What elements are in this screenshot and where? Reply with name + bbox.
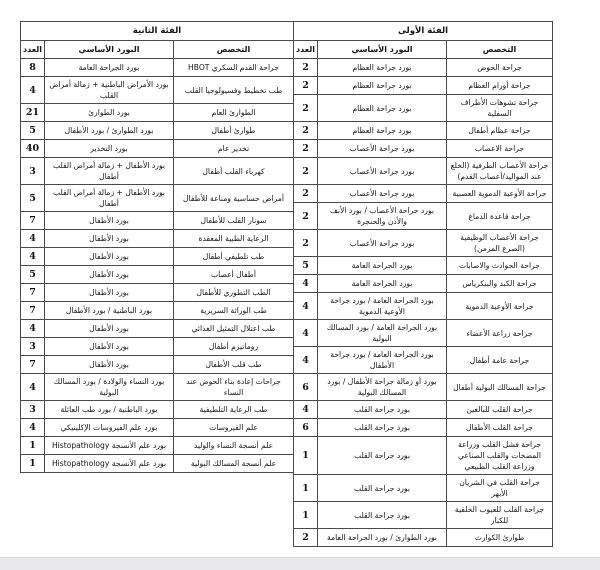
board-cell: بورد جراحة الأعصاب <box>318 140 447 158</box>
board-cell: بورد الأطفال <box>45 266 174 284</box>
table-row: جراحة الحوضبورد جراحة العظام2 <box>294 59 553 77</box>
board-cell: بورد التخدير <box>45 140 174 158</box>
count-cell: 1 <box>294 502 318 529</box>
count-cell: 7 <box>21 284 45 302</box>
count-cell: 2 <box>294 203 318 230</box>
table-row: طب قلب الأطفالبورد الأطفال7 <box>21 356 294 374</box>
board-cell: بورد الأطفال <box>45 248 174 266</box>
specialty-cell: جراحة الأعصاب الطرفية (الخلع عند الموالي… <box>447 158 553 185</box>
column-header-specialty: التخصص <box>174 41 294 59</box>
count-cell: 4 <box>294 347 318 374</box>
count-cell: 3 <box>21 401 45 419</box>
specialty-cell: كهرباء القلب أطفال <box>174 158 294 185</box>
count-cell: 2 <box>294 77 318 95</box>
count-cell: 7 <box>21 356 45 374</box>
table-row: جراحة فشل القلب وزراعة المضخات والقلب ال… <box>294 437 553 475</box>
board-cell: بورد الطوارئ / بورد الجراحة العامة <box>318 529 447 547</box>
count-cell: 4 <box>21 320 45 338</box>
board-cell: بورد جراحة العظام <box>318 95 447 122</box>
taskbar-strip <box>0 557 600 570</box>
specialty-cell: جراحة عظام أطفال <box>447 122 553 140</box>
specialty-cell: الطب التطوري للأطفال <box>174 284 294 302</box>
table-row: طب تلطيفي أطفالبورد الأطفال4 <box>21 248 294 266</box>
specialty-cell: جراحة تشوهات الأطراف السفلية <box>447 95 553 122</box>
table-row: جراحة قاعدة الدماغبورد جراحة الأعصاب / ب… <box>294 203 553 230</box>
board-cell: بورد الأطفال + زمالة أمراض القلب أطفال <box>45 158 174 185</box>
table-row: جراحة أورام العظامبورد جراحة العظام2 <box>294 77 553 95</box>
count-cell: 1 <box>21 437 45 455</box>
specialty-cell: جراحة الاعصاب <box>447 140 553 158</box>
specialty-cell: تخدير عام <box>174 140 294 158</box>
specialty-cell: طوارئ الكوارث <box>447 529 553 547</box>
table-row: علم أنسجة المسالك البوليةبورد علم الأنسج… <box>21 455 294 473</box>
board-cell: بورد جراحة الأعصاب <box>318 185 447 203</box>
count-cell: 6 <box>294 419 318 437</box>
count-cell: 1 <box>294 475 318 502</box>
specialty-cell: جراحة أورام العظام <box>447 77 553 95</box>
specialty-cell: جراحة الكبد والبنكرياس <box>447 275 553 293</box>
document-page: الفئة الثانية التخصص البورد الأساسي العد… <box>0 0 600 570</box>
table-row: جراحة زراعة الأعضاءبورد الجراحة العامة /… <box>294 320 553 347</box>
table-row: جراحة الكبد والبنكرياسبورد الجراحة العام… <box>294 275 553 293</box>
group-header-row: الفئة الأولى <box>294 22 553 41</box>
table-row: علم أنسجة النساء والوليدبورد علم الأنسجة… <box>21 437 294 455</box>
specialty-cell: سونار القلب للأطفال <box>174 212 294 230</box>
specialty-cell: طب تلطيفي أطفال <box>174 248 294 266</box>
count-cell: 4 <box>21 230 45 248</box>
specialty-cell: علم أنسجة المسالك البولية <box>174 455 294 473</box>
count-cell: 6 <box>294 374 318 401</box>
specialty-cell: طب قلب الأطفال <box>174 356 294 374</box>
count-cell: 2 <box>294 185 318 203</box>
specialty-cell: طب تخطيط وفسيولوجيا القلب <box>174 77 294 104</box>
table-row: أمراض حساسية ومناعة للأطفالبورد الأطفال … <box>21 185 294 212</box>
table-row: أطفال أعصاببورد الأطفال5 <box>21 266 294 284</box>
count-cell: 5 <box>21 266 45 284</box>
specialty-cell: جراحة زراعة الأعضاء <box>447 320 553 347</box>
table-row: جراحة القلب للبالغينبورد جراحة القلب4 <box>294 401 553 419</box>
board-cell: بورد الجراحة العامة <box>318 257 447 275</box>
count-cell: 2 <box>294 122 318 140</box>
column-header-count: العدد <box>294 41 318 59</box>
board-cell: بورد الطوارئ / بورد الأطفال <box>45 122 174 140</box>
board-cell: بورد الأطفال <box>45 284 174 302</box>
board-cell: بورد الجراحة العامة / بورد المسالك البول… <box>318 320 447 347</box>
board-cell: بورد علم الأنسجة Histopathology <box>45 437 174 455</box>
board-cell: بورد الأطفال <box>45 212 174 230</box>
count-cell: 5 <box>21 185 45 212</box>
count-cell: 7 <box>21 302 45 320</box>
count-cell: 3 <box>21 158 45 185</box>
count-cell: 4 <box>21 248 45 266</box>
table-row: طب الرعاية التلطيفيةبورد الباطنية / بورد… <box>21 401 294 419</box>
board-cell: بورد الأطفال <box>45 320 174 338</box>
specialty-cell: جراحة الأعصاب الوظيفية (الصرع المزمن) <box>447 230 553 257</box>
board-cell: بورد جراحة القلب <box>318 502 447 529</box>
table-row: طب تخطيط وفسيولوجيا القلببورد الأمراض ال… <box>21 77 294 104</box>
table-row: جراحة القلب للعيوب الخلقية للكباربورد جر… <box>294 502 553 529</box>
table-row: جراحة القلب في الشريان الأبهربورد جراحة … <box>294 475 553 502</box>
table-row: جراحة القلب الأطفالبورد جراحة القلب6 <box>294 419 553 437</box>
count-cell: 3 <box>21 338 45 356</box>
table-row: جراحة تشوهات الأطراف السفليةبورد جراحة ا… <box>294 95 553 122</box>
specialty-cell: جراحة القدم السكري HBOT <box>174 59 294 77</box>
board-cell: بورد جراحة القلب <box>318 401 447 419</box>
count-cell: 4 <box>21 374 45 401</box>
count-cell: 1 <box>21 455 45 473</box>
table-row: الطب التطوري للأطفالبورد الأطفال7 <box>21 284 294 302</box>
table-row: كهرباء القلب أطفالبورد الأطفال + زمالة أ… <box>21 158 294 185</box>
group-title-category-two: الفئة الثانية <box>21 22 294 41</box>
board-cell: بورد الجراحة العامة <box>45 59 174 77</box>
specialty-cell: جراحات إعادة بناء الحوض عند النساء <box>174 374 294 401</box>
specialty-cell: طوارئ أطفال <box>174 122 294 140</box>
specialty-cell: روماتيزم أطفال <box>174 338 294 356</box>
board-cell: بورد جراحة القلب <box>318 437 447 475</box>
board-cell: بورد جراحة القلب <box>318 475 447 502</box>
board-cell: بورد جراحة العظام <box>318 59 447 77</box>
board-cell: بورد الطوارئ <box>45 104 174 122</box>
count-cell: 2 <box>294 95 318 122</box>
board-cell: بورد علم الأنسجة Histopathology <box>45 455 174 473</box>
board-cell: بورد النساء والولادة / بورد المسالك البو… <box>45 374 174 401</box>
table-row: طوارئ الكوارثبورد الطوارئ / بورد الجراحة… <box>294 529 553 547</box>
count-cell: 4 <box>294 401 318 419</box>
specialty-cell: جراحة قاعدة الدماغ <box>447 203 553 230</box>
specialty-cell: طب الوراثة السريرية <box>174 302 294 320</box>
count-cell: 4 <box>21 77 45 104</box>
specialty-cell: جراحة القلب الأطفال <box>447 419 553 437</box>
board-cell: بورد الأطفال <box>45 338 174 356</box>
board-cell: بورد أو زمالة جراحة الأطفال / بورد المسا… <box>318 374 447 401</box>
column-header-board: البورد الأساسي <box>45 41 174 59</box>
board-cell: بورد الجراحة العامة / بورد جراحة الأوعية… <box>318 293 447 320</box>
specialty-cell: جراحة فشل القلب وزراعة المضخات والقلب ال… <box>447 437 553 475</box>
table-row: جراحة عظام أطفالبورد جراحة العظام2 <box>294 122 553 140</box>
board-cell: بورد جراحة الأعصاب <box>318 158 447 185</box>
board-cell: بورد الجراحة العامة / بورد جراحة الأطفال <box>318 347 447 374</box>
column-header-row: التخصص البورد الأساسي العدد <box>294 41 553 59</box>
group-title-category-one: الفئة الأولى <box>294 22 553 41</box>
count-cell: 4 <box>294 293 318 320</box>
table-row: جراحة الأعصاب الوظيفية (الصرع المزمن)بور… <box>294 230 553 257</box>
specialty-cell: جراحة الحوادث والاصابات <box>447 257 553 275</box>
count-cell: 2 <box>294 158 318 185</box>
column-header-count: العدد <box>21 41 45 59</box>
specialty-cell: أطفال أعصاب <box>174 266 294 284</box>
count-cell: 2 <box>294 140 318 158</box>
specialty-cell: جراحة الأوعية الدموية العصبية <box>447 185 553 203</box>
table-row: جراحة الأعصاب الطرفية (الخلع عند الموالي… <box>294 158 553 185</box>
table-row: جراحة الأوعية الدموية العصبيةبورد جراحة … <box>294 185 553 203</box>
table-row: الرعاية الطبية المعقدةبورد الأطفال4 <box>21 230 294 248</box>
table-row: سونار القلب للأطفالبورد الأطفال7 <box>21 212 294 230</box>
board-cell: بورد الأطفال + زمالة أمراض القلب أطفال <box>45 185 174 212</box>
board-cell: بورد الأمراض الباطنية + زمالة أمراض القل… <box>45 77 174 104</box>
table-row: علم الفيروساتبورد علم الفيروسات الإكليني… <box>21 419 294 437</box>
table-row: جراحة الاعصاببورد جراحة الأعصاب2 <box>294 140 553 158</box>
board-cell: بورد جراحة العظام <box>318 122 447 140</box>
table-row: طب الوراثة السريريةبورد الباطنية / بورد … <box>21 302 294 320</box>
board-cell: بورد الأطفال <box>45 230 174 248</box>
count-cell: 7 <box>21 212 45 230</box>
count-cell: 2 <box>294 59 318 77</box>
board-cell: بورد الأطفال <box>45 356 174 374</box>
group-header-row: الفئة الثانية <box>21 22 294 41</box>
specialty-cell: علم أنسجة النساء والوليد <box>174 437 294 455</box>
table-row: جراحة المسالك البولية أطفالبورد أو زمالة… <box>294 374 553 401</box>
specialty-cell: الرعاية الطبية المعقدة <box>174 230 294 248</box>
column-header-board: البورد الأساسي <box>318 41 447 59</box>
table-row: جراحة عامة أطفالبورد الجراحة العامة / بو… <box>294 347 553 374</box>
count-cell: 5 <box>294 257 318 275</box>
count-cell: 1 <box>294 437 318 475</box>
specialty-cell: الطوارئ العام <box>174 104 294 122</box>
count-cell: 4 <box>21 419 45 437</box>
table-row: جراحة الحوادث والاصاباتبورد الجراحة العا… <box>294 257 553 275</box>
table-row: الطوارئ العامبورد الطوارئ21 <box>21 104 294 122</box>
column-header-specialty: التخصص <box>447 41 553 59</box>
column-header-row: التخصص البورد الأساسي العدد <box>21 41 294 59</box>
count-cell: 2 <box>294 529 318 547</box>
specialty-cell: طب الرعاية التلطيفية <box>174 401 294 419</box>
board-cell: بورد جراحة العظام <box>318 77 447 95</box>
count-cell: 40 <box>21 140 45 158</box>
specialty-cell: أمراض حساسية ومناعة للأطفال <box>174 185 294 212</box>
board-cell: بورد جراحة الأعصاب / بورد الأنف والأذن و… <box>318 203 447 230</box>
table-row: جراحة الأوعية الدمويةبورد الجراحة العامة… <box>294 293 553 320</box>
count-cell: 2 <box>294 230 318 257</box>
table-row: طب اعتلال التمثيل الغذائيبورد الأطفال4 <box>21 320 294 338</box>
board-cell: بورد الباطنية / بورد الأطفال <box>45 302 174 320</box>
specialty-cell: جراحة القلب في الشريان الأبهر <box>447 475 553 502</box>
specialties-tables: الفئة الثانية التخصص البورد الأساسي العد… <box>20 21 553 547</box>
count-cell: 4 <box>294 320 318 347</box>
specialty-cell: علم الفيروسات <box>174 419 294 437</box>
specialty-cell: جراحة الحوض <box>447 59 553 77</box>
specialty-cell: جراحة الأوعية الدموية <box>447 293 553 320</box>
table-row: جراحة القدم السكري HBOTبورد الجراحة العا… <box>21 59 294 77</box>
count-cell: 4 <box>294 275 318 293</box>
specialty-cell: جراحة عامة أطفال <box>447 347 553 374</box>
table-row: تخدير عامبورد التخدير40 <box>21 140 294 158</box>
board-cell: بورد جراحة القلب <box>318 419 447 437</box>
board-cell: بورد الجراحة العامة <box>318 275 447 293</box>
specialty-cell: طب اعتلال التمثيل الغذائي <box>174 320 294 338</box>
second-category-table: الفئة الثانية التخصص البورد الأساسي العد… <box>20 21 294 473</box>
board-cell: بورد علم الفيروسات الإكلينيكي <box>45 419 174 437</box>
count-cell: 5 <box>21 122 45 140</box>
table-row: روماتيزم أطفالبورد الأطفال3 <box>21 338 294 356</box>
first-category-table: الفئة الأولى التخصص البورد الأساسي العدد… <box>293 21 553 547</box>
table-row: جراحات إعادة بناء الحوض عند النساءبورد ا… <box>21 374 294 401</box>
board-cell: بورد الباطنية / بورد طب العائلة <box>45 401 174 419</box>
specialty-cell: جراحة القلب للعيوب الخلقية للكبار <box>447 502 553 529</box>
count-cell: 21 <box>21 104 45 122</box>
count-cell: 8 <box>21 59 45 77</box>
specialty-cell: جراحة القلب للبالغين <box>447 401 553 419</box>
board-cell: بورد جراحة الأعصاب <box>318 230 447 257</box>
specialty-cell: جراحة المسالك البولية أطفال <box>447 374 553 401</box>
table-row: طوارئ أطفالبورد الطوارئ / بورد الأطفال5 <box>21 122 294 140</box>
